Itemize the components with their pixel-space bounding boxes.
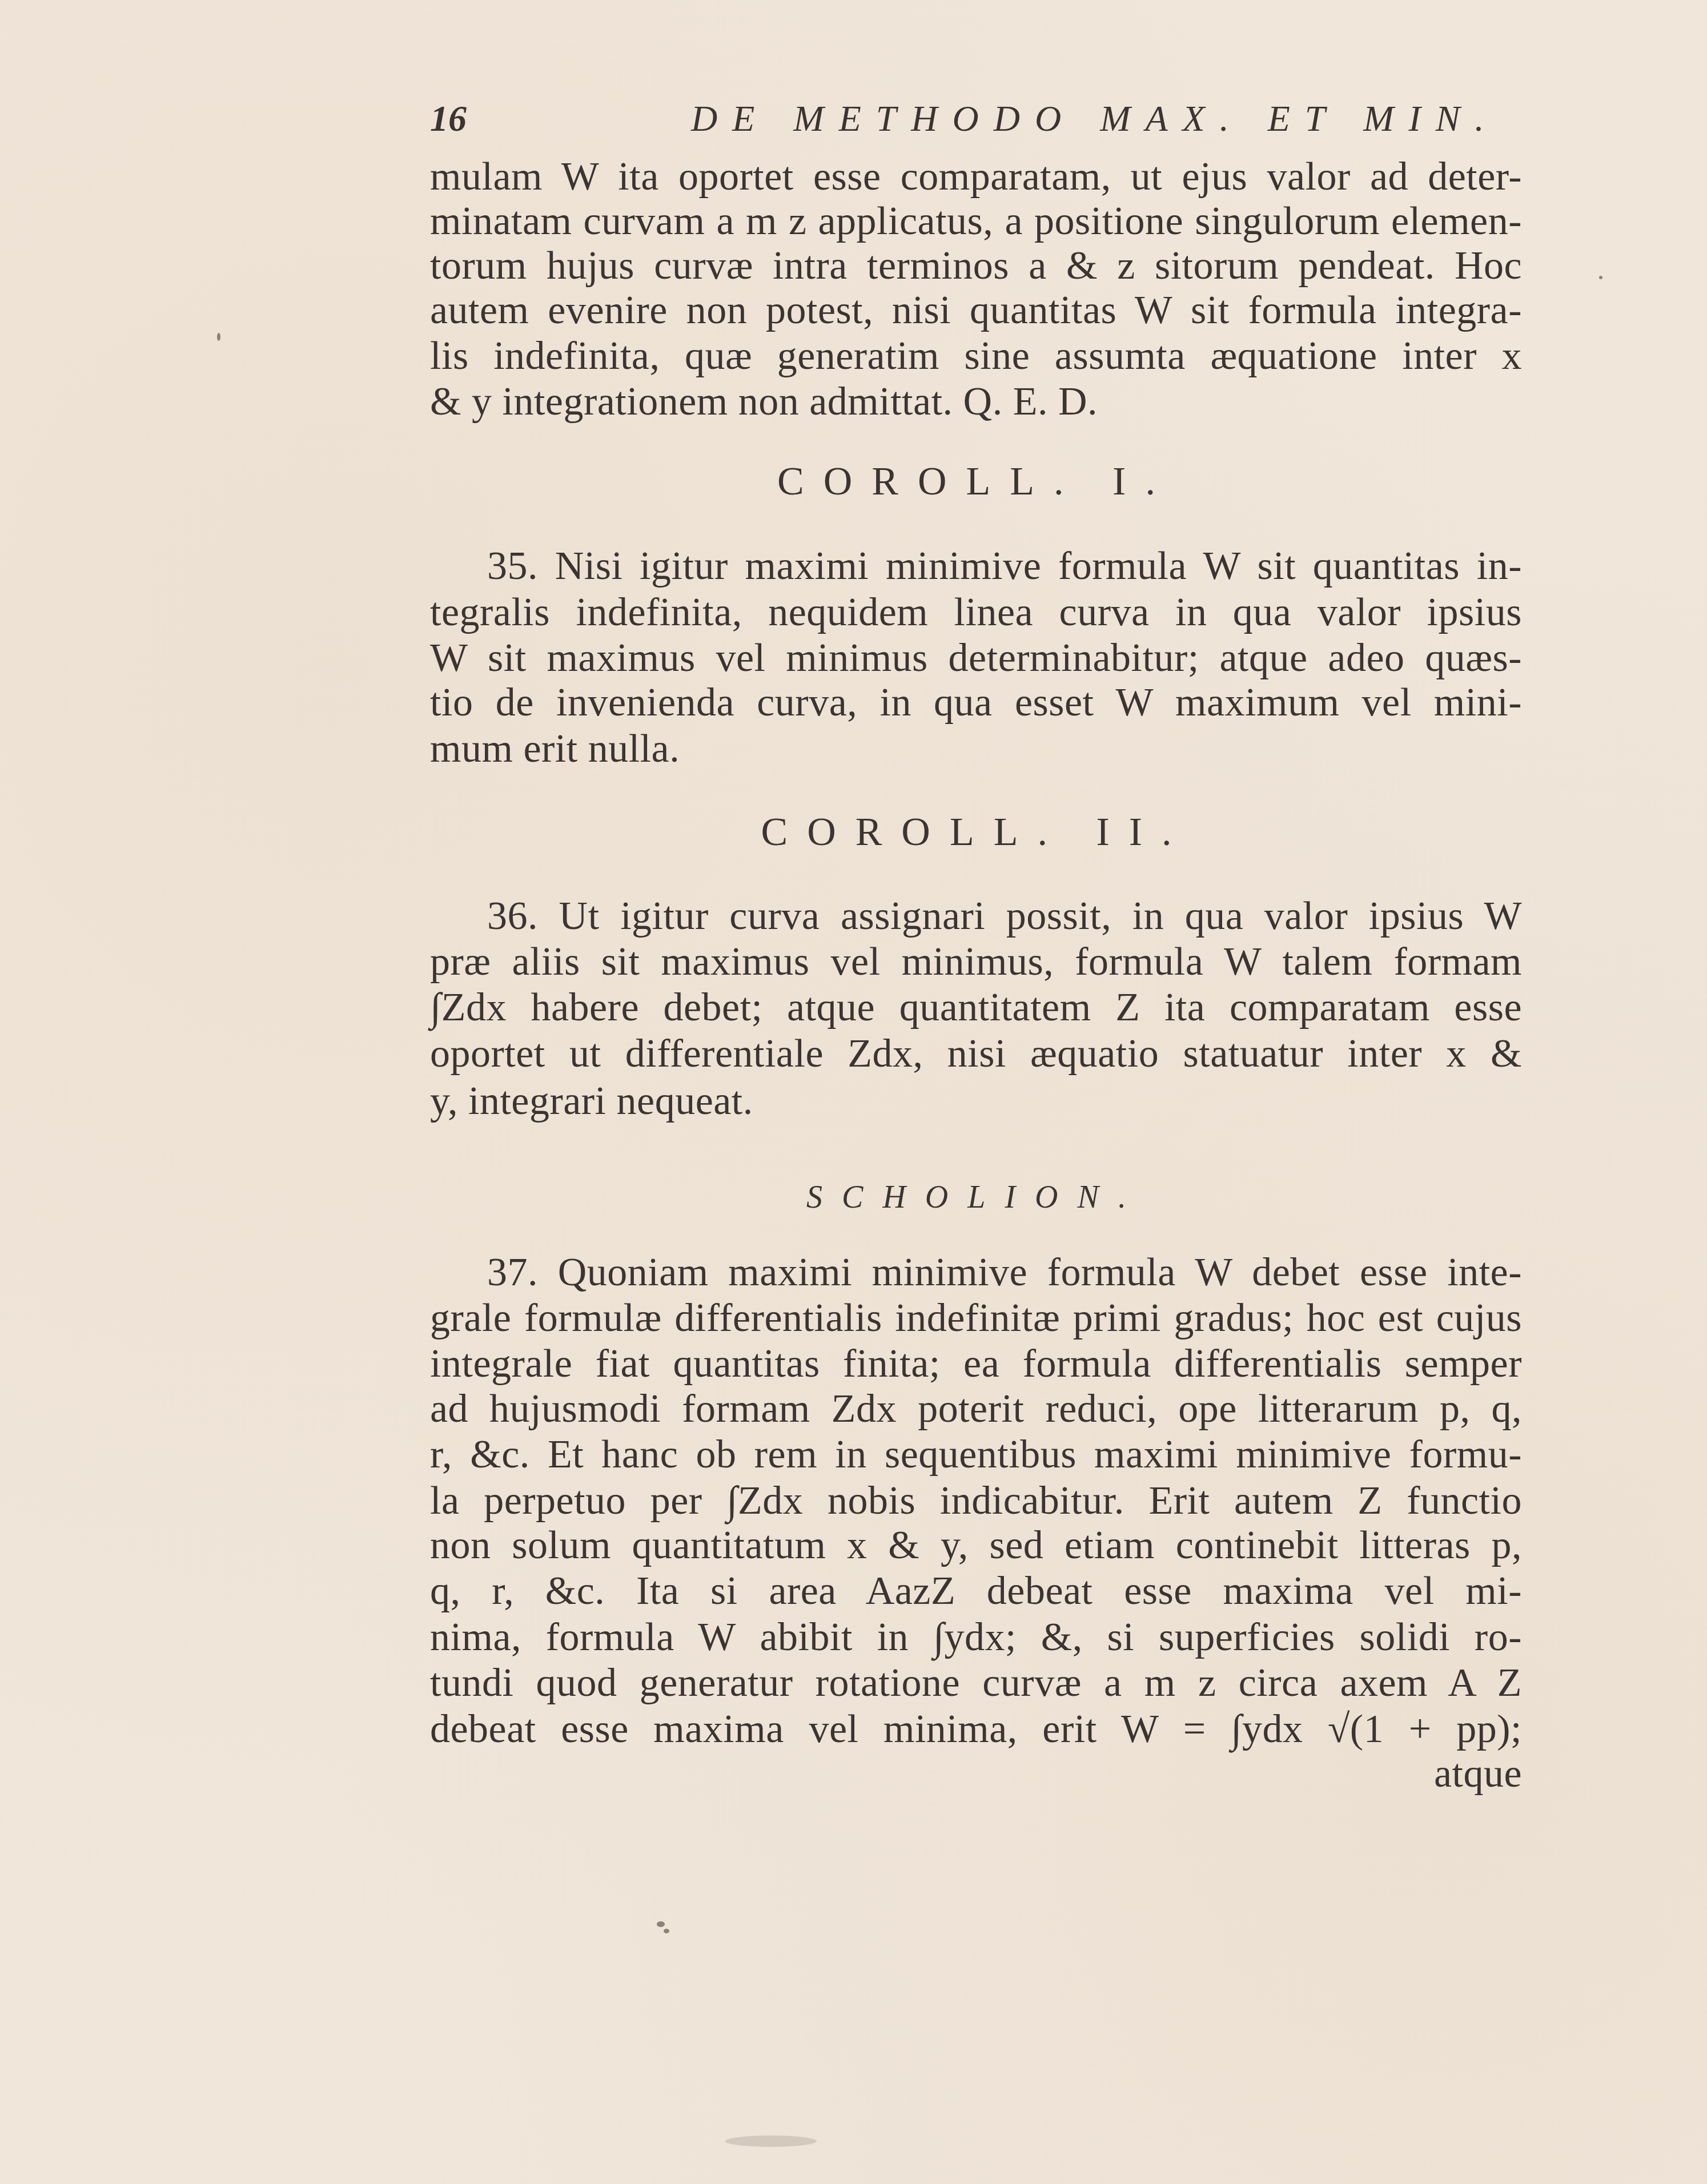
text-line: minatam curvam a m z applicatus, a posit… (430, 199, 1522, 244)
text-line: 35. Nisi igitur maximi minimive formula … (430, 544, 1522, 589)
text-line: præ aliis sit maximus vel minimus, formu… (430, 939, 1522, 985)
text-line: mum erit nulla. (430, 726, 1522, 772)
text-line: ∫Zdx habere debet; atque quantitatem Z i… (430, 985, 1522, 1031)
text-line: tundi quod generatur rotatione curvæ a m… (430, 1660, 1522, 1706)
text-line: tegralis indefinita, nequidem linea curv… (430, 590, 1522, 636)
paragraph-number: 37. (487, 1250, 538, 1294)
text-line: W sit maximus vel minimus determinabitur… (430, 636, 1522, 681)
paragraph-text: Ut igitur curva assignari possit, in qua… (559, 894, 1522, 938)
text-line: integrale fiat quantitas finita; ea form… (430, 1341, 1522, 1387)
scholion-heading: SCHOLION. (430, 1175, 1522, 1220)
book-page: 16 DE METHODO MAX. ET MIN. mulam W ita o… (0, 0, 1707, 2184)
text-line: debeat esse maxima vel minima, erit W = … (430, 1707, 1522, 1752)
corollary-1-heading: COROLL. I. (430, 459, 1522, 505)
ink-speck (725, 2135, 817, 2147)
text-line: torum hujus curvæ intra terminos a & z s… (430, 243, 1522, 289)
text-line: q, r, &c. Ita si area AazZ debeat esse m… (430, 1568, 1522, 1614)
text-line: tio de invenienda curva, in qua esset W … (430, 680, 1522, 726)
text-line: autem evenire non potest, nisi quantitas… (430, 288, 1522, 333)
ink-speck (664, 1929, 669, 1933)
text-line: lis indefinita, quæ generatim sine assum… (430, 333, 1522, 379)
page-number: 16 (430, 96, 467, 142)
text-line: oportet ut differentiale Zdx, nisi æquat… (430, 1031, 1522, 1077)
catchword: atque (430, 1751, 1522, 1797)
text-line: non solum quantitatum x & y, sed etiam c… (430, 1523, 1522, 1568)
corollary-2-heading: COROLL. II. (430, 810, 1522, 855)
paragraph-text: Quoniam maximi minimive formula W debet … (558, 1250, 1522, 1294)
paragraph-number: 35. (487, 544, 538, 588)
text-line: la perpetuo per ∫Zdx nobis indicabitur. … (430, 1478, 1522, 1524)
text-line: 37. Quoniam maximi minimive formula W de… (430, 1250, 1522, 1296)
text-line: ad hujusmodi formam Zdx poterit reduci, … (430, 1386, 1522, 1432)
text-line: & y integrationem non admittat. Q. E. D. (430, 379, 1522, 425)
running-head: 16 DE METHODO MAX. ET MIN. (430, 96, 1522, 142)
text-line: grale formulæ differentialis indefinitæ … (430, 1296, 1522, 1341)
text-line: r, &c. Et hanc ob rem in sequentibus max… (430, 1432, 1522, 1478)
ink-speck (657, 1921, 665, 1927)
text-line: nima, formula W abibit in ∫ydx; &, si su… (430, 1615, 1522, 1660)
ink-speck (217, 333, 220, 341)
paragraph-number: 36. (487, 894, 538, 938)
text-line: y, integrari nequeat. (430, 1079, 1522, 1124)
ink-speck (1599, 276, 1602, 279)
paragraph-text: Nisi igitur maximi minimive formula W si… (555, 544, 1522, 588)
running-title: DE METHODO MAX. ET MIN. (691, 96, 1499, 142)
text-line: 36. Ut igitur curva assignari possit, in… (430, 894, 1522, 939)
text-line: mulam W ita oportet esse comparatam, ut … (430, 154, 1522, 200)
